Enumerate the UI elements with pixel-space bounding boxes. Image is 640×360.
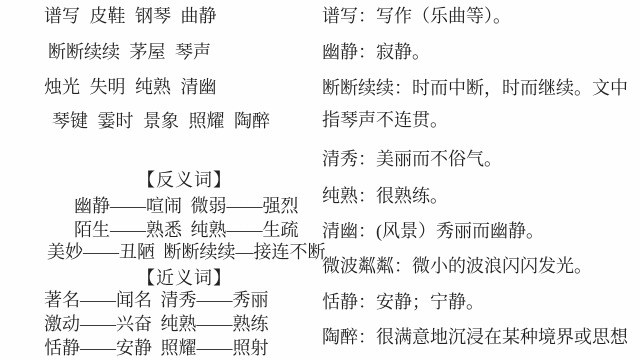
definition-row: 陶醉：很满意地沉浸在某种境界或思想	[322, 327, 628, 347]
synonym-pair-row: 著名——闻名 清秀——秀丽	[44, 290, 269, 310]
synonym-pair-row: 恬静——安静 照耀——照射	[44, 338, 269, 358]
antonym-pair-row: 美妙——丑陋 断断续续—接连不断	[47, 242, 326, 262]
word-list-row: 谱写 皮鞋 钢琴 曲静	[44, 6, 217, 26]
synonyms-section-header: 【近义词】	[137, 268, 232, 288]
definition-row: 恬静：安静；宁静。	[322, 292, 484, 312]
synonym-pair-row: 激动——兴奋 纯熟——熟练	[44, 314, 269, 334]
word-list-row: 断断续续 茅屋 琴声	[48, 42, 211, 62]
definition-row: 纯熟：很熟练。	[322, 186, 448, 206]
definition-row: 谱写：写作（乐曲等）。	[322, 6, 511, 26]
definition-row: 清幽：(风景）秀丽而幽静。	[322, 221, 544, 241]
definition-row: 幽静：寂静。	[322, 42, 430, 62]
definition-row: 清秀：美丽而不俗气。	[322, 149, 502, 169]
antonym-pair-row: 幽静——喧闹 微弱——强烈	[74, 196, 299, 216]
document-page: 谱写 皮鞋 钢琴 曲静 断断续续 茅屋 琴声 烛光 失明 纯熟 清幽 琴键 霎时…	[0, 0, 640, 360]
antonyms-section-header: 【反义词】	[137, 170, 232, 190]
word-list-row: 烛光 失明 纯熟 清幽	[44, 77, 217, 97]
word-list-row: 琴键 霎时 景象 照耀 陶醉	[52, 111, 270, 131]
definition-row: 断断续续：时而中断，时而继续。文中	[322, 78, 628, 98]
definition-row: 微波粼粼：微小的波浪闪闪发光。	[322, 256, 592, 276]
antonym-pair-row: 陌生——熟悉 纯熟——生疏	[74, 220, 299, 240]
definition-row-continuation: 指琴声不连贯。	[322, 110, 448, 130]
